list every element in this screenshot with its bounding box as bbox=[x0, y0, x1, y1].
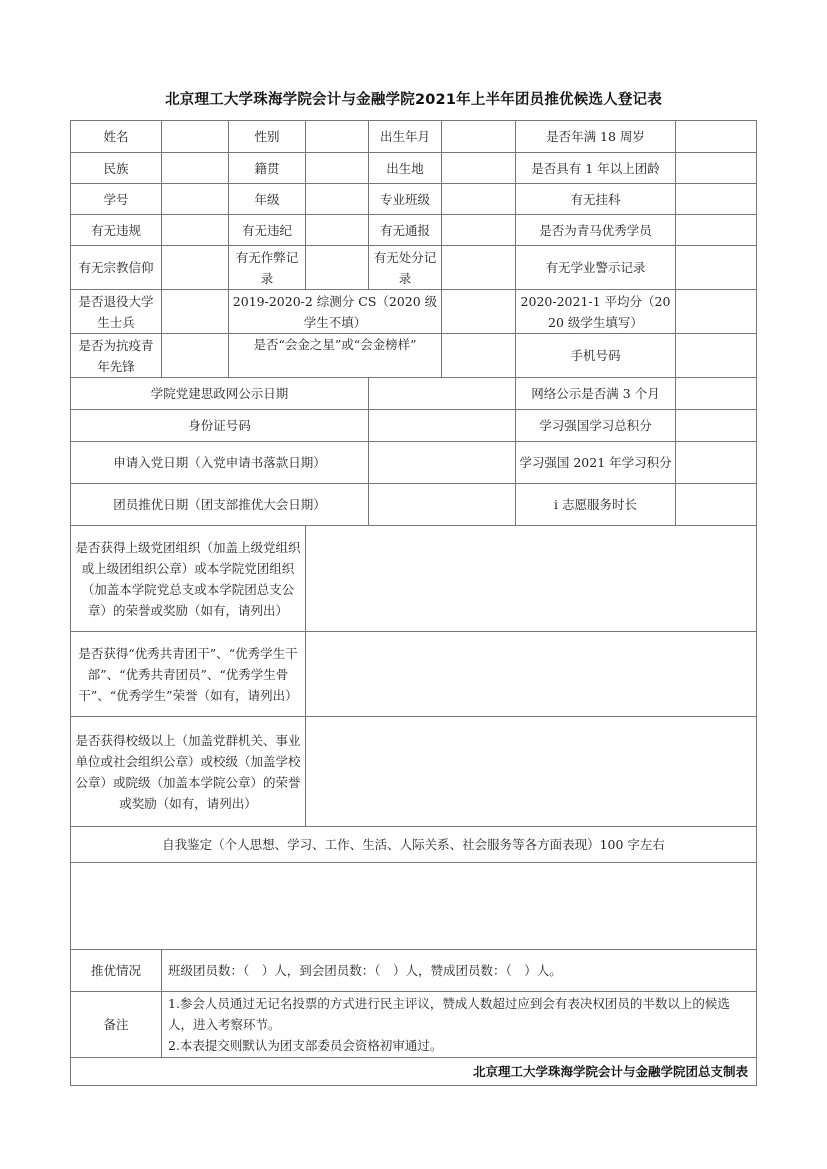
label-volunteer-hours: i 志愿服务时长 bbox=[516, 484, 676, 526]
field-cheating[interactable] bbox=[306, 246, 369, 290]
label-cheating: 有无作弊记录 bbox=[229, 246, 306, 290]
field-gender[interactable] bbox=[306, 121, 369, 153]
label-recommend-date: 团员推优日期（团支部推优大会日期） bbox=[71, 484, 369, 526]
label-pandemic-pioneer: 是否为抗疫青年先锋 bbox=[71, 334, 162, 378]
label-birthplace: 出生地 bbox=[369, 153, 442, 184]
recommendation-counts[interactable]: 班级团员数：（ ）人，到会团员数：（ ）人，赞成团员数：（ ）人。 bbox=[162, 950, 757, 992]
label-self-evaluation: 自我鉴定（个人思想、学习、工作、生活、人际关系、社会服务等各方面表现）100 字… bbox=[71, 827, 757, 863]
field-publicity-date[interactable] bbox=[369, 378, 516, 410]
field-student-id[interactable] bbox=[162, 184, 229, 215]
label-recommendation: 推优情况 bbox=[71, 950, 162, 992]
field-superior-honors[interactable] bbox=[306, 526, 757, 632]
field-id-number[interactable] bbox=[369, 410, 516, 442]
field-grade[interactable] bbox=[306, 184, 369, 215]
label-average-score: 2020-2021-1 平均分（2020 级学生填写） bbox=[516, 290, 676, 334]
registration-form-table: 姓名 性别 出生年月 是否年满 18 周岁 民族 籍贯 出生地 是否具有 1 年… bbox=[70, 120, 757, 1086]
field-native-place[interactable] bbox=[306, 153, 369, 184]
label-publicity-3-months: 网络公示是否满 3 个月 bbox=[516, 378, 676, 410]
field-pandemic-pioneer[interactable] bbox=[162, 334, 229, 378]
label-ethnicity: 民族 bbox=[71, 153, 162, 184]
label-student-id: 学号 bbox=[71, 184, 162, 215]
label-veteran: 是否退役大学生士兵 bbox=[71, 290, 162, 334]
field-name[interactable] bbox=[162, 121, 229, 153]
label-party-application-date: 申请入党日期（入党申请书落款日期） bbox=[71, 442, 369, 484]
field-self-evaluation[interactable] bbox=[71, 863, 757, 950]
field-star-model[interactable] bbox=[442, 334, 516, 378]
label-over-18: 是否年满 18 周岁 bbox=[516, 121, 676, 153]
label-superior-honors: 是否获得上级党团组织（加盖上级党组织或上级团组织公章）或本学院党团组织（加盖本学… bbox=[71, 526, 306, 632]
remarks-content: 1.参会人员通过无记名投票的方式进行民主评议，赞成人数超过应到会有表决权团员的半… bbox=[162, 992, 757, 1058]
label-publicity-date: 学院党建思政网公示日期 bbox=[71, 378, 369, 410]
label-violations: 有无违规 bbox=[71, 215, 162, 246]
label-discipline: 有无违纪 bbox=[229, 215, 306, 246]
field-discipline[interactable] bbox=[306, 215, 369, 246]
label-school-honors: 是否获得校级以上（加盖党群机关、事业单位或社会组织公章）或校级（加盖学校公章）或… bbox=[71, 717, 306, 827]
label-remarks: 备注 bbox=[71, 992, 162, 1058]
label-name: 姓名 bbox=[71, 121, 162, 153]
field-over-18[interactable] bbox=[676, 121, 757, 153]
field-birth-month[interactable] bbox=[442, 121, 516, 153]
field-religion[interactable] bbox=[162, 246, 229, 290]
field-excellent-honors[interactable] bbox=[306, 632, 757, 717]
label-religion: 有无宗教信仰 bbox=[71, 246, 162, 290]
field-notices[interactable] bbox=[442, 215, 516, 246]
field-ethnicity[interactable] bbox=[162, 153, 229, 184]
remark-line-1: 1.参会人员通过无记名投票的方式进行民主评议，赞成人数超过应到会有表决权团员的半… bbox=[168, 993, 753, 1035]
label-league-age: 是否具有 1 年以上团龄 bbox=[516, 153, 676, 184]
field-qingma-student[interactable] bbox=[676, 215, 757, 246]
field-party-application-date[interactable] bbox=[369, 442, 516, 484]
field-recommend-date[interactable] bbox=[369, 484, 516, 526]
label-failed-courses: 有无挂科 bbox=[516, 184, 676, 215]
label-excellent-honors: 是否获得“优秀共青团干”、“优秀学生干部”、“优秀共青团员”、“优秀学生骨干”、… bbox=[71, 632, 306, 717]
field-violations[interactable] bbox=[162, 215, 229, 246]
label-qingma-student: 是否为青马优秀学员 bbox=[516, 215, 676, 246]
field-phone[interactable] bbox=[676, 334, 757, 378]
field-major-class[interactable] bbox=[442, 184, 516, 215]
label-id-number: 身份证号码 bbox=[71, 410, 369, 442]
label-gender: 性别 bbox=[229, 121, 306, 153]
form-title: 北京理工大学珠海学院会计与金融学院2021年上半年团员推优候选人登记表 bbox=[0, 88, 827, 109]
label-xuexi-total: 学习强国学习总积分 bbox=[516, 410, 676, 442]
label-cs-score: 2019-2020-2 综测分 CS（2020 级学生不填） bbox=[229, 290, 442, 334]
field-birthplace[interactable] bbox=[442, 153, 516, 184]
field-publicity-3-months[interactable] bbox=[676, 378, 757, 410]
label-major-class: 专业班级 bbox=[369, 184, 442, 215]
label-punishment: 有无处分记录 bbox=[369, 246, 442, 290]
field-xuexi-2021[interactable] bbox=[676, 442, 757, 484]
label-phone: 手机号码 bbox=[516, 334, 676, 378]
remark-line-2: 2.本表提交则默认为团支部委员会资格初审通过。 bbox=[168, 1035, 753, 1056]
field-average-score[interactable] bbox=[676, 290, 757, 334]
label-grade: 年级 bbox=[229, 184, 306, 215]
field-league-age[interactable] bbox=[676, 153, 757, 184]
field-failed-courses[interactable] bbox=[676, 184, 757, 215]
field-veteran[interactable] bbox=[162, 290, 229, 334]
label-star-model: 是否“会金之星”或“会金榜样” bbox=[229, 334, 442, 378]
label-native-place: 籍贯 bbox=[229, 153, 306, 184]
field-volunteer-hours[interactable] bbox=[676, 484, 757, 526]
field-xuexi-total[interactable] bbox=[676, 410, 757, 442]
form-footer: 北京理工大学珠海学院会计与金融学院团总支制表 bbox=[71, 1058, 757, 1086]
label-academic-warning: 有无学业警示记录 bbox=[516, 246, 676, 290]
field-school-honors[interactable] bbox=[306, 717, 757, 827]
field-cs-score[interactable] bbox=[442, 290, 516, 334]
label-notices: 有无通报 bbox=[369, 215, 442, 246]
label-birth-month: 出生年月 bbox=[369, 121, 442, 153]
label-xuexi-2021: 学习强国 2021 年学习积分 bbox=[516, 442, 676, 484]
field-academic-warning[interactable] bbox=[676, 246, 757, 290]
field-punishment[interactable] bbox=[442, 246, 516, 290]
